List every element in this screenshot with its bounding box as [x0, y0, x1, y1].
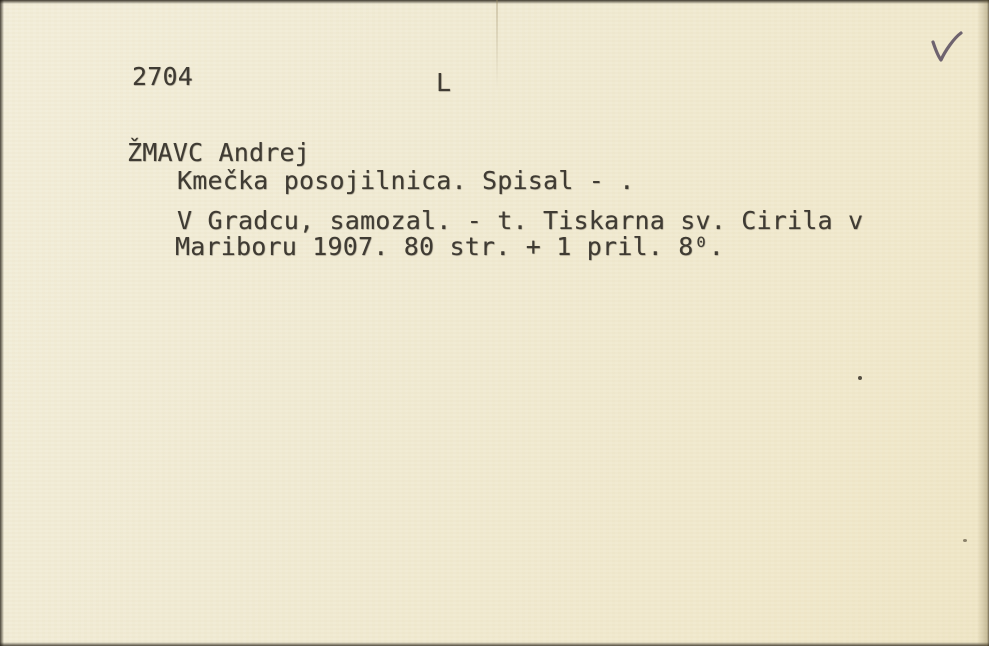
catalog-number: 2704	[132, 64, 193, 90]
ink-speck	[858, 376, 862, 380]
imprint-line-1: V Gradcu, samozal. - t. Tiskarna sv. Cir…	[177, 208, 863, 234]
checkmark-icon	[926, 29, 966, 69]
section-letter: L	[436, 70, 451, 96]
ink-speck	[963, 539, 967, 542]
author-heading: ŽMAVC Andrej	[127, 140, 310, 166]
catalog-card-scan: 2704 L ŽMAVC Andrej Kmečka posojilnica. …	[0, 0, 989, 646]
scan-edge-left	[0, 0, 4, 646]
scan-edge-right-shadow	[977, 0, 989, 646]
paper-crease	[496, 0, 498, 90]
scan-edge-bottom	[0, 642, 989, 646]
imprint-line-2: Mariboru 1907. 80 str. + 1 pril. 8⁰.	[175, 234, 724, 260]
title-line: Kmečka posojilnica. Spisal - .	[177, 168, 635, 194]
scan-edge-top	[0, 0, 989, 4]
